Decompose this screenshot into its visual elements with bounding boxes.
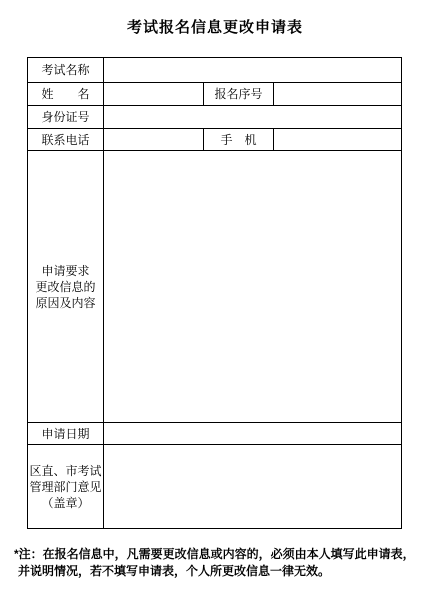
change-reason-label-line1: 申请要求 [28,263,103,279]
department-opinion-label-line1: 区直、市考试 [28,463,103,479]
table-row: 申请要求 更改信息的 原因及内容 [28,151,402,423]
application-form-table: 考试名称 姓 名 报名序号 身份证号 联系电话 手 机 申请 [27,57,402,529]
name-label: 姓 名 [28,83,104,106]
application-form-page: 考试报名信息更改申请表 考试名称 姓 名 报名序号 身份证号 [0,0,430,596]
application-date-label: 申请日期 [28,423,104,445]
application-date-value-cell [104,423,402,445]
name-value-cell [104,83,204,106]
change-reason-label: 申请要求 更改信息的 原因及内容 [28,151,104,423]
contact-phone-value-cell [104,129,204,151]
page-title: 考试报名信息更改申请表 [0,16,430,37]
id-number-label: 身份证号 [28,106,104,129]
table-row: 联系电话 手 机 [28,129,402,151]
table-row: 区直、市考试 管理部门意见 （盖章） [28,445,402,529]
id-number-value-cell [104,106,402,129]
registration-number-value-cell [274,83,402,106]
exam-name-value-cell [104,58,402,83]
table-row: 申请日期 [28,423,402,445]
change-reason-label-line2: 更改信息的 [28,279,103,295]
table-row: 考试名称 [28,58,402,83]
footnote: *注：在报名信息中，凡需要更改信息或内容的，必须由本人填写此申请表， 并说明情况… [14,546,418,580]
table-row: 身份证号 [28,106,402,129]
department-opinion-label-line2: 管理部门意见 [28,479,103,495]
contact-phone-label: 联系电话 [28,129,104,151]
footnote-line2: 并说明情况，若不填写申请表，个人所更改信息一律无效。 [14,563,418,580]
mobile-value-cell [274,129,402,151]
exam-name-label: 考试名称 [28,58,104,83]
registration-number-label: 报名序号 [204,83,274,106]
footnote-line1: *注：在报名信息中，凡需要更改信息或内容的，必须由本人填写此申请表， [14,546,418,563]
table-row: 姓 名 报名序号 [28,83,402,106]
department-opinion-label-line3: （盖章） [28,495,103,511]
change-reason-label-line3: 原因及内容 [28,295,103,311]
department-opinion-label: 区直、市考试 管理部门意见 （盖章） [28,445,104,529]
change-reason-value-cell [104,151,402,423]
department-opinion-value-cell [104,445,402,529]
mobile-label: 手 机 [204,129,274,151]
